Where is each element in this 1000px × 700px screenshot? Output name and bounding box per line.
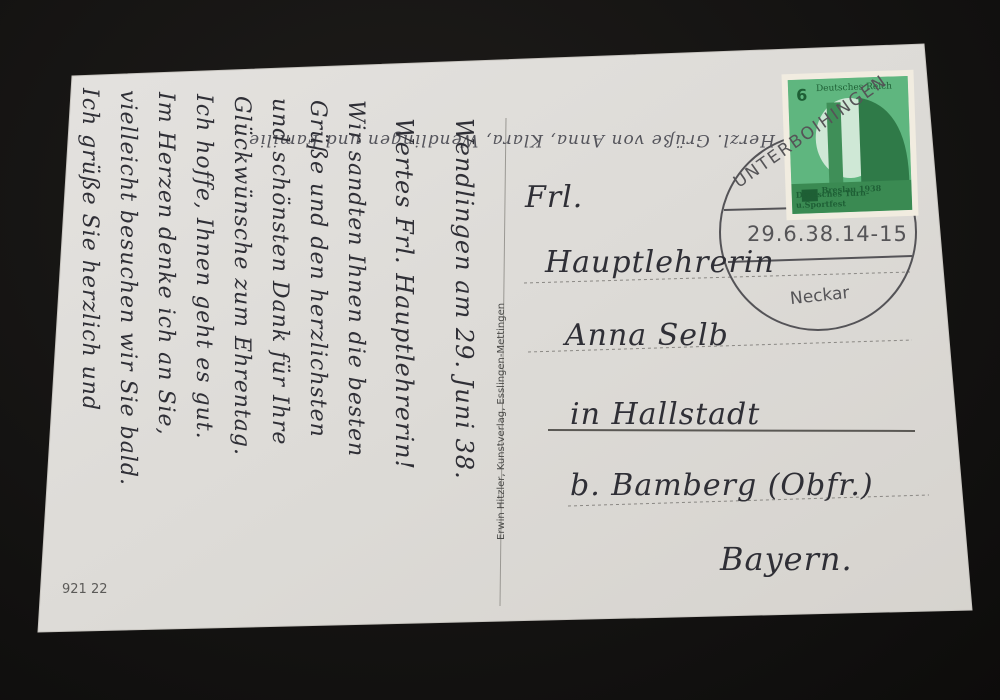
card-number: 921 22	[62, 582, 108, 597]
address-line-3: Anna Selb	[565, 318, 729, 353]
address-line-2: Hauptlehrerin	[545, 245, 775, 280]
message-heading: Wendlingen am 29. Juni 38.	[450, 118, 478, 480]
message-line: Ich grüße Sie herzlich und	[77, 88, 102, 411]
postcard: 6 Deutsches Reich Breslau 1938 Deutsches…	[0, 0, 1000, 700]
message-line: Wir sandten Ihnen die besten	[343, 100, 368, 457]
message-line: Im Herzen denke ich an Sie,	[153, 92, 178, 436]
postmark-date: 29.6.38.14-15	[747, 222, 908, 246]
stamp-caption-2: Deutsches Turn-u.Sportfest	[796, 186, 913, 210]
message-salutation: Wertes Frl. Hauptlehrerin!	[390, 118, 418, 470]
message-line: vielleicht besuchen wir Sie bald.	[115, 90, 140, 486]
address-line-6: Bayern.	[720, 540, 853, 578]
publisher-imprint: Erwin Hitzler, Kunstverlag, Esslingen-Me…	[496, 303, 507, 540]
message-line: Glückwünsche zum Ehrentag.	[229, 96, 254, 456]
stamp-value: 6	[796, 85, 808, 104]
message-line: Ich hoffe, Ihnen geht es gut.	[191, 94, 216, 440]
message-line: und schönsten Dank für Ihre	[267, 98, 292, 445]
address-line-4: in Hallstadt	[570, 397, 760, 432]
address-line-5: b. Bamberg (Obfr.)	[570, 468, 874, 503]
message-line: Grüße und den herzlichsten	[305, 100, 330, 438]
address-line-1: Frl.	[525, 180, 583, 215]
